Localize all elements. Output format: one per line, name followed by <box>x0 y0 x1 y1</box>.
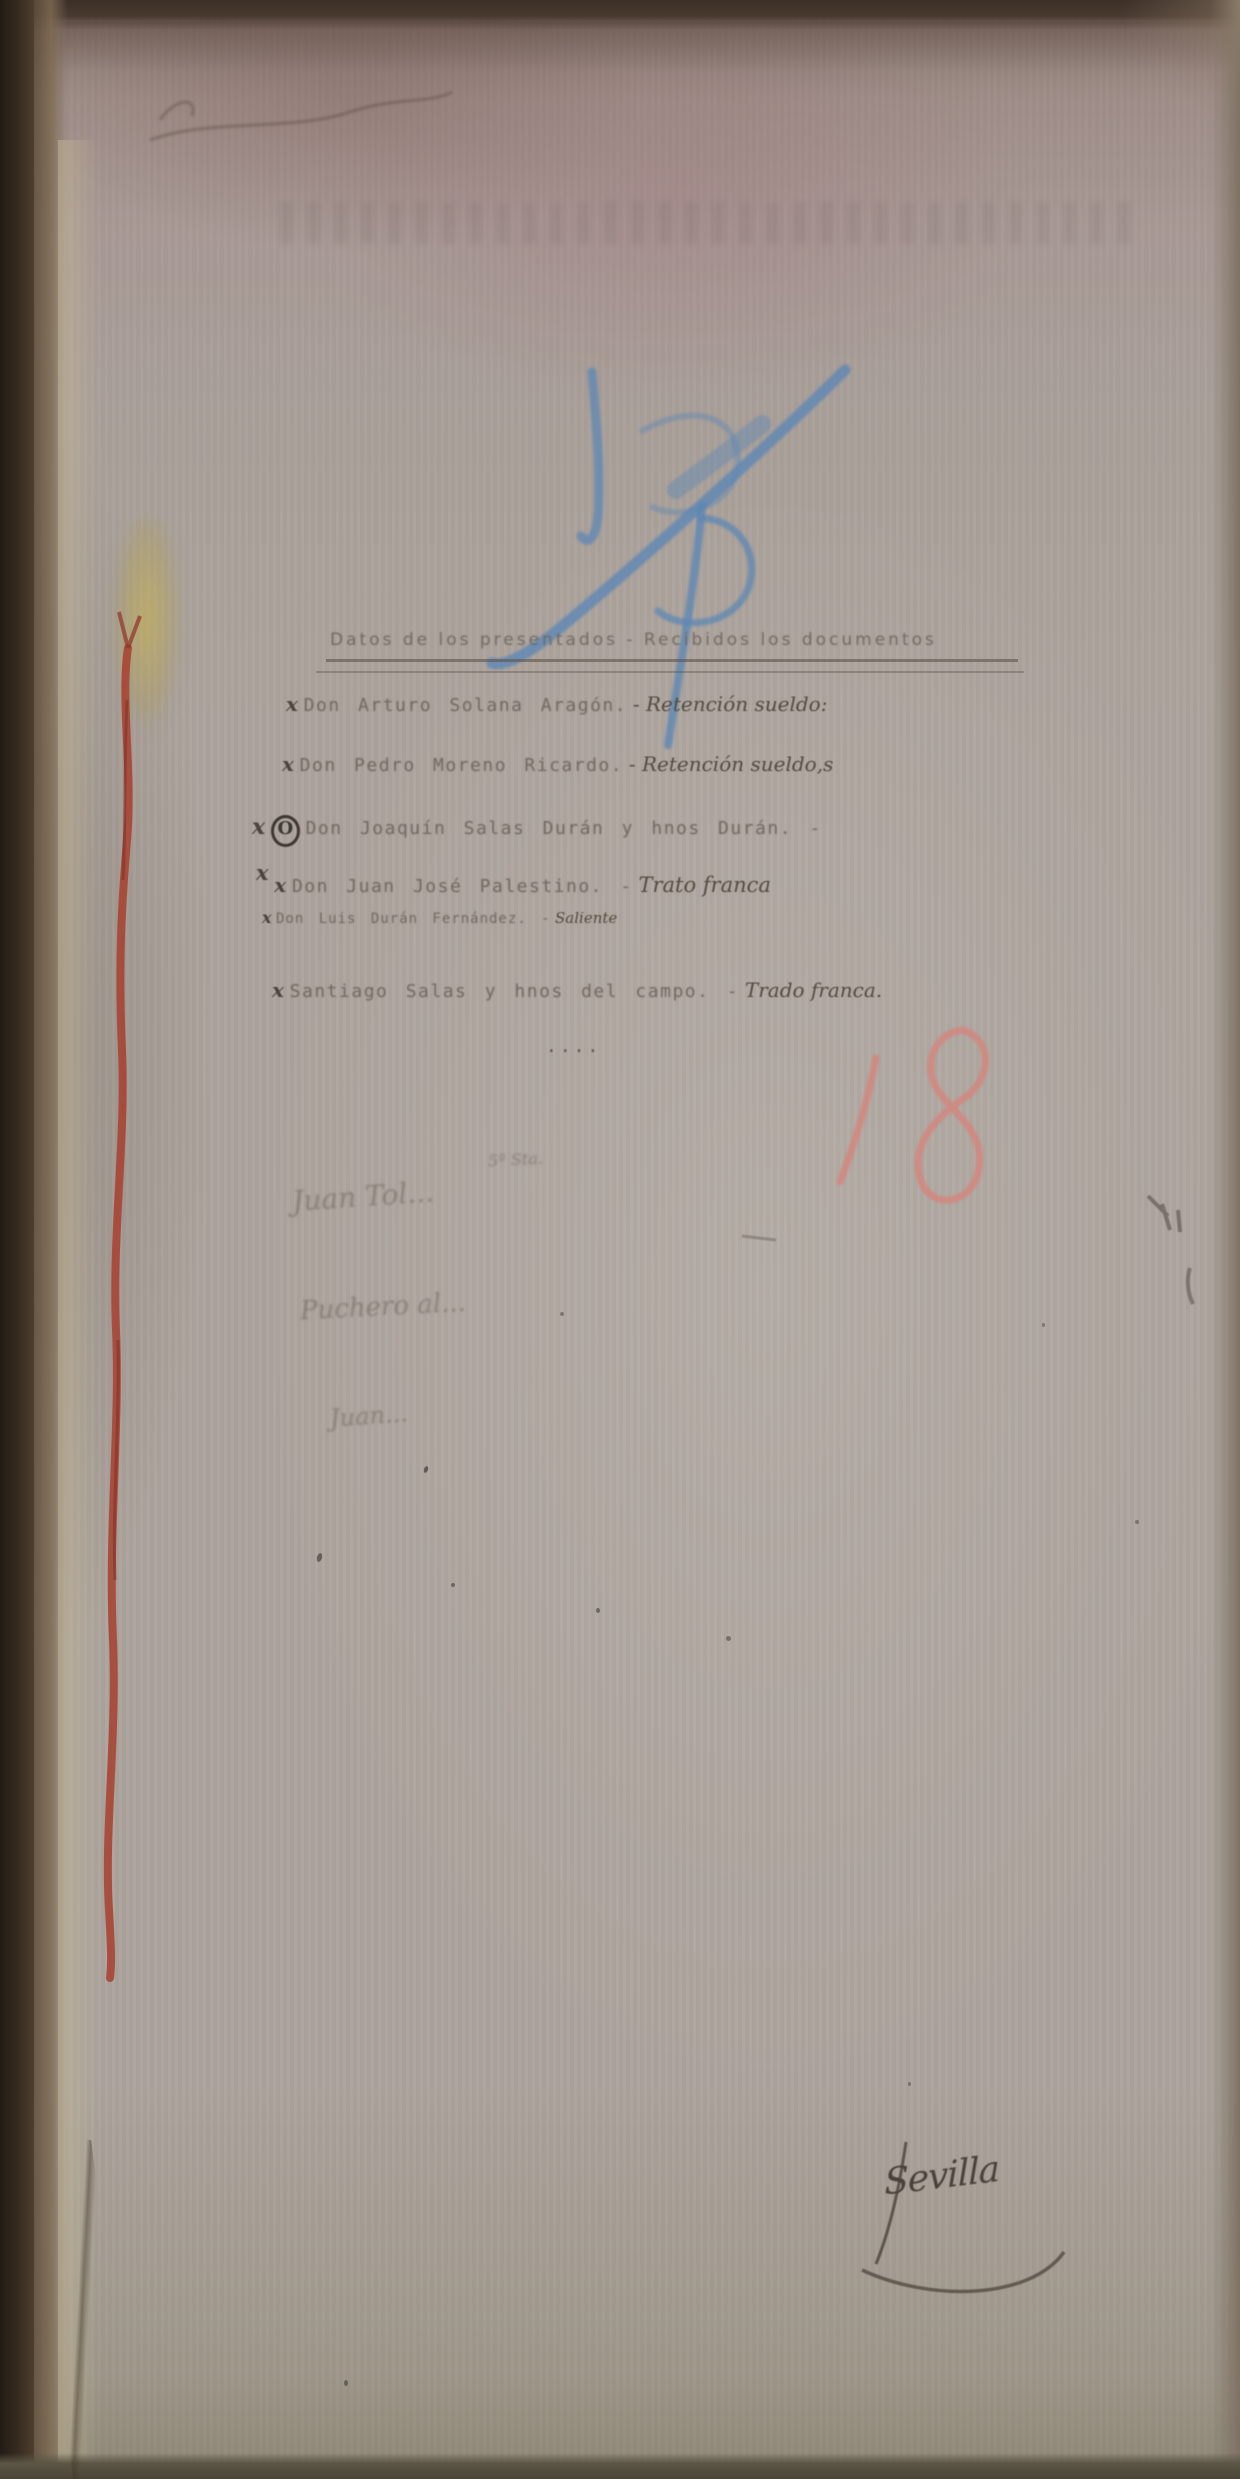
entry-row-4: x x Don Juan José Palestino. - Trato fra… <box>256 872 771 897</box>
entry-row-1: x Don Arturo Solana Aragón. - Retención … <box>286 692 827 716</box>
faint-note-small: 5ª Sta. <box>488 1149 544 1171</box>
signature-underline <box>862 2252 1064 2291</box>
typed-name: Don Joaquín Salas Durán y hnos Durán. - <box>306 818 822 839</box>
handwritten-note: Trado franca. <box>745 978 882 1002</box>
entry-row-6: x Santiago Salas y hnos del campo. - Tra… <box>272 978 882 1002</box>
entry-row-2: x Don Pedro Moreno Ricardo. - Retención … <box>282 752 833 776</box>
faint-note-2: Puchero al... <box>299 1288 466 1327</box>
entry-row-3: x O Don Joaquín Salas Durán y hnos Durán… <box>252 814 822 847</box>
ink-speck <box>451 1583 455 1587</box>
faint-note-3: Juan... <box>329 1399 408 1432</box>
handwritten-note: Saliente <box>555 909 617 927</box>
topleft-pencil-scrawl <box>0 0 1240 2479</box>
check-x-mark-upper: x <box>256 860 269 885</box>
scanned-document-page: Datos de los presentados - Recibidos los… <box>0 0 1240 2479</box>
paper-texture <box>0 0 1240 2479</box>
blue-slash-blob <box>676 424 762 490</box>
typed-heading: Datos de los presentados - Recibidos los… <box>330 630 937 650</box>
typed-name: Don Juan José Palestino. - <box>292 876 633 897</box>
check-x-mark: x <box>272 978 284 1002</box>
check-x-mark: x <box>286 692 298 716</box>
handwritten-note: Trato franca <box>638 873 770 897</box>
blue-digit-1 <box>581 372 599 540</box>
ink-speck <box>726 1636 731 1641</box>
pencil-dash <box>742 1236 776 1240</box>
ink-speck <box>596 1608 600 1613</box>
ink-speck <box>423 1466 429 1474</box>
page-top-shadow <box>0 22 1240 72</box>
page-top-edge <box>0 0 1240 30</box>
red-binding-string <box>0 0 1240 2479</box>
check-x-mark: x <box>252 814 265 840</box>
top-right-corner <box>1120 0 1240 120</box>
check-x-mark: x <box>274 873 286 897</box>
binding-left-layers <box>34 0 68 2479</box>
heading-underline <box>326 659 1018 662</box>
bleed-through-text-band <box>280 202 1130 244</box>
heading-underline-2 <box>316 671 1024 673</box>
p-loop <box>658 518 752 623</box>
ink-speck <box>1042 1323 1045 1327</box>
signature-flourish <box>0 0 1240 2479</box>
page-bottom-edge <box>0 2453 1240 2479</box>
typed-name: Don Arturo Solana Aragón. <box>304 695 627 716</box>
typed-name: Don Pedro Moreno Ricardo. <box>300 755 623 776</box>
blue-big-slash <box>492 370 845 664</box>
yellow-tear-stain <box>92 520 202 850</box>
red-digit-8 <box>918 1030 985 1200</box>
ink-speck <box>1135 1520 1139 1524</box>
separator-dots: .... <box>546 1036 601 1057</box>
binding-left-edge <box>0 0 34 2479</box>
typed-name: Don Luis Durán Fernández. - <box>276 911 551 927</box>
ink-speck <box>908 2082 911 2086</box>
typed-name: Santiago Salas y hnos del campo. - <box>290 981 739 1002</box>
page-stack-edge <box>58 140 100 2479</box>
ink-speck <box>344 2380 348 2386</box>
right-edge-pencil-marks <box>0 0 1240 2479</box>
blue-digit-0 <box>640 416 738 513</box>
ink-speck <box>560 1312 564 1316</box>
bottom-left-crease <box>31 2140 133 2479</box>
blue-pencil-marks <box>0 0 1240 2479</box>
scrawl-stroke <box>150 92 452 140</box>
red-digit-1 <box>840 1058 876 1182</box>
pencil-scribble-2 <box>1188 1268 1193 1304</box>
page-right-edge <box>1210 0 1240 2479</box>
red-pencil-number <box>0 0 1240 2479</box>
faint-note-1: Juan Tol... <box>291 1175 435 1218</box>
handwritten-note: - Retención sueldo,s <box>629 752 833 776</box>
check-x-mark: x <box>282 752 294 776</box>
signature-text: Sevilla <box>884 2149 999 2204</box>
entry-row-5: x Don Luis Durán Fernández. - Saliente <box>262 908 617 927</box>
ink-speck <box>316 1553 323 1563</box>
check-x-mark: x <box>262 908 272 927</box>
handwritten-note: - Retención sueldo: <box>633 692 828 716</box>
circled-mark: O <box>271 815 300 847</box>
pencil-scribble-1 <box>1148 1196 1180 1232</box>
